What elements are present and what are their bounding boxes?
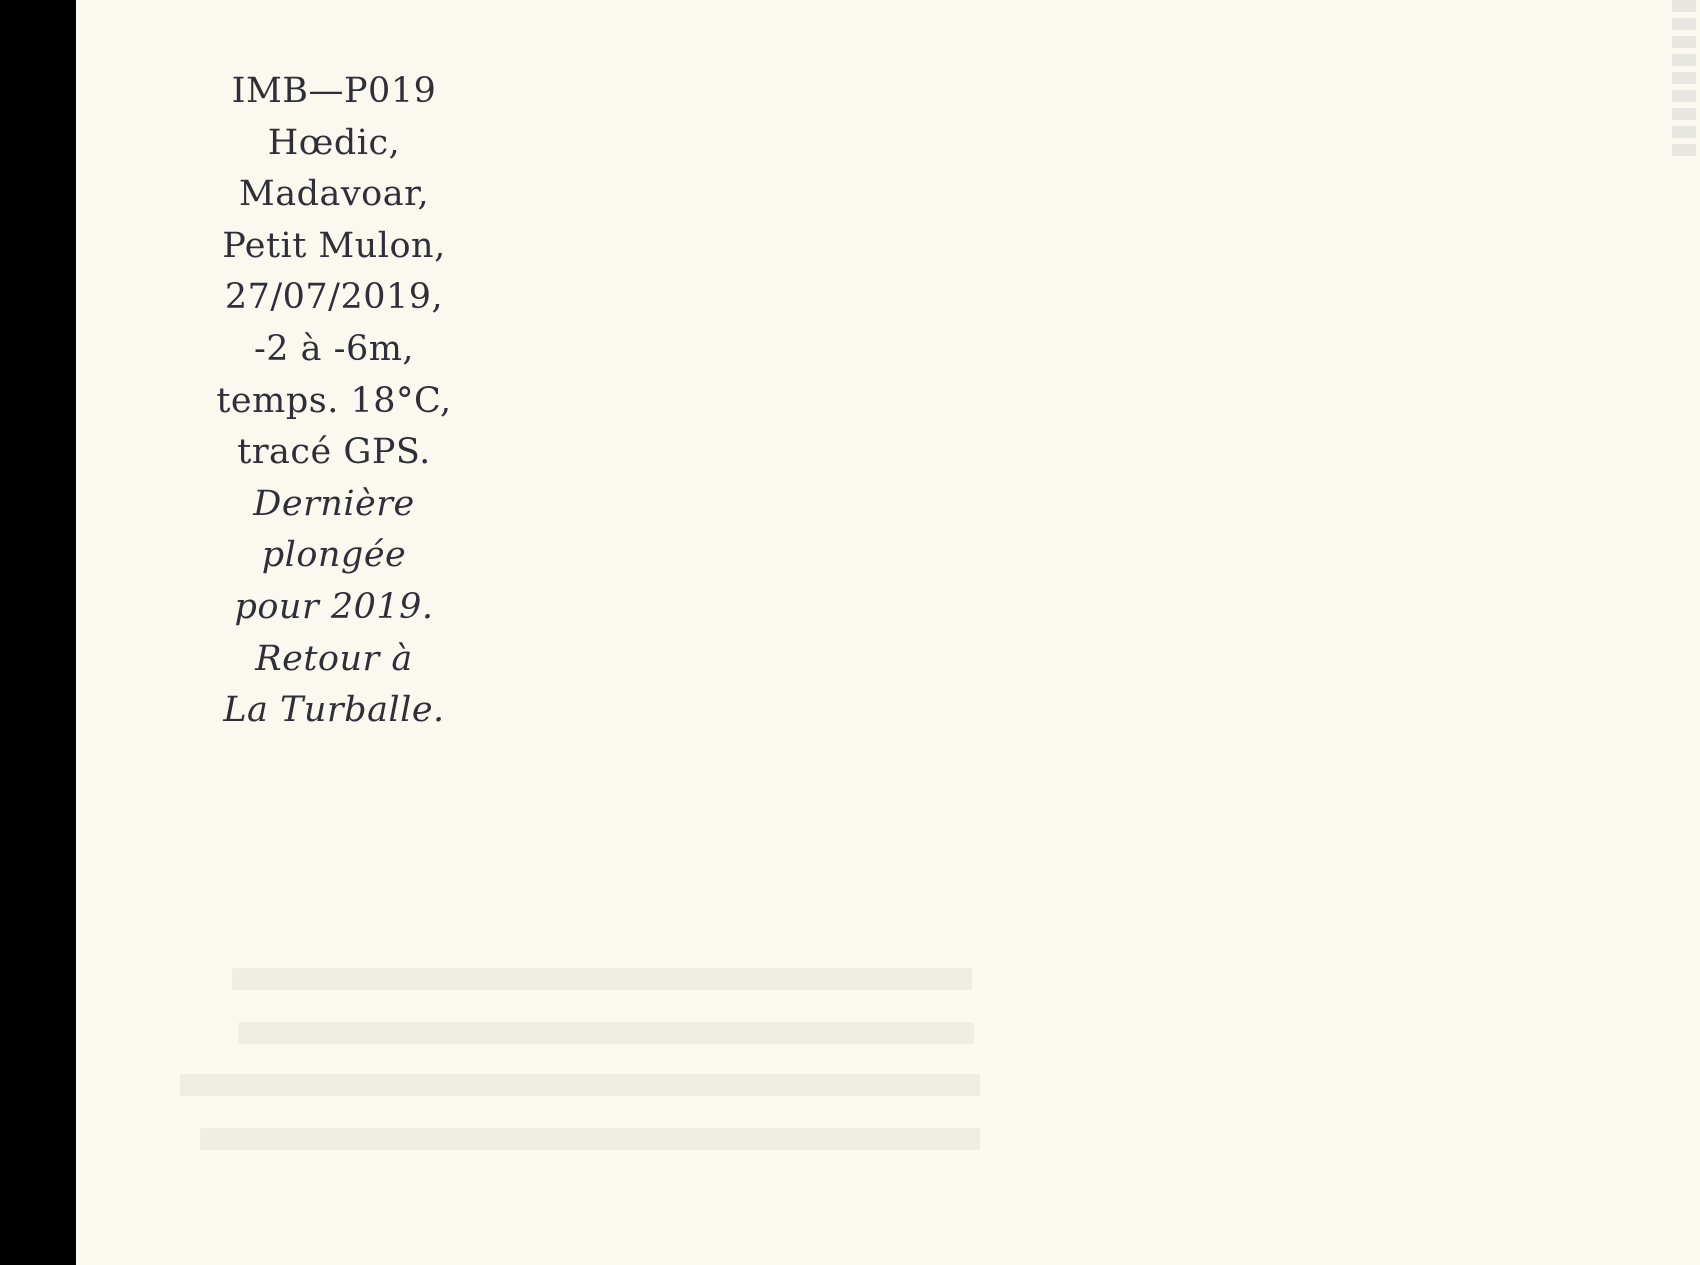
caption-remark-line: plongée (196, 530, 472, 582)
caption-remark-line: Retour à (196, 634, 472, 686)
bleed-through-line (180, 1074, 980, 1096)
caption-location-spot: Petit Mulon, (196, 221, 472, 273)
caption-location-island: Hœdic, (196, 118, 472, 170)
bleed-through-line (238, 1022, 974, 1044)
caption-reference-code: IMB—P019 (196, 66, 472, 118)
bleed-through-line (200, 1128, 980, 1150)
bleed-through-line (232, 968, 972, 990)
caption-gps: tracé GPS. (196, 427, 472, 479)
typewritten-caption: IMB—P019 Hœdic, Madavoar, Petit Mulon, 2… (196, 66, 472, 737)
bleed-through-margin-text (1672, 0, 1696, 160)
caption-date: 27/07/2019, (196, 272, 472, 324)
caption-location-site: Madavoar, (196, 169, 472, 221)
caption-remark-line: La Turballe. (196, 685, 472, 737)
caption-depth: -2 à -6m, (196, 324, 472, 376)
caption-temperature: temps. 18°C, (196, 376, 472, 428)
caption-remark-line: Dernière (196, 479, 472, 531)
caption-remark-line: pour 2019. (196, 582, 472, 634)
scan-binding-edge (0, 0, 76, 1265)
